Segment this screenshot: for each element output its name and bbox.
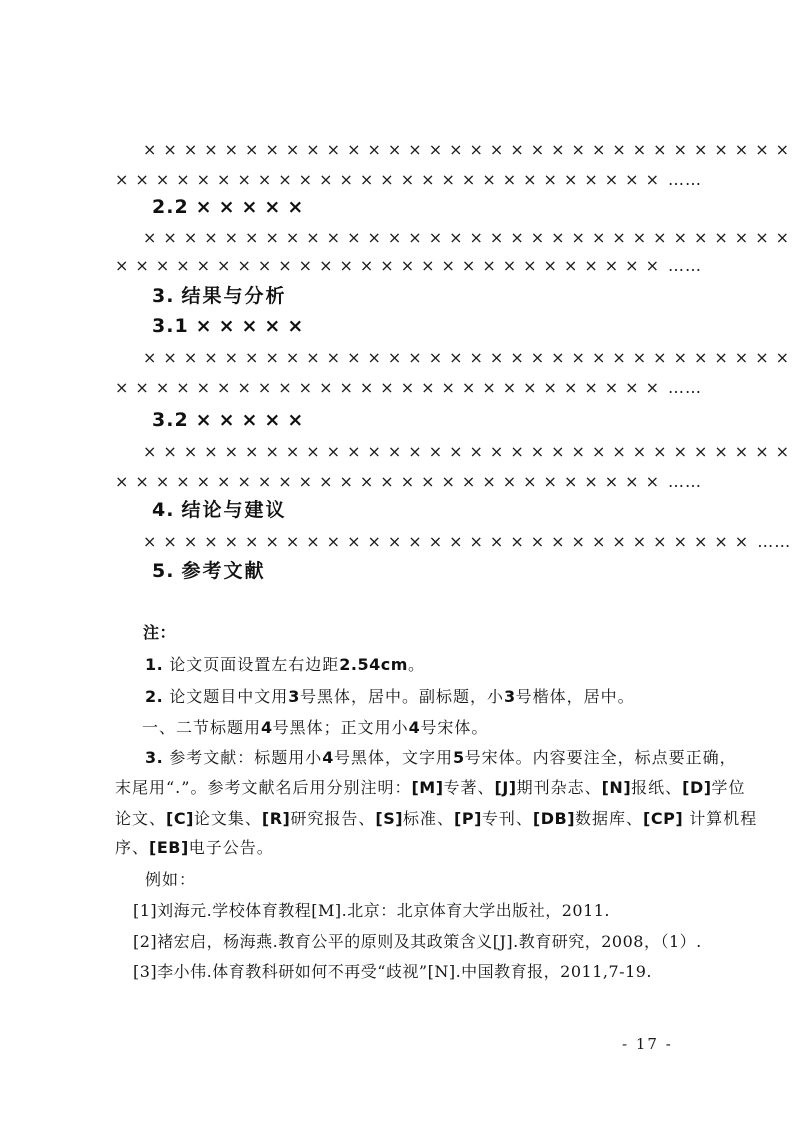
placeholder-text-line: ×××××××××××××××××××××××××××…… — [115, 169, 702, 192]
heading-title: ××××× — [196, 315, 311, 337]
page-number: - 17 - — [622, 1033, 673, 1055]
ellipsis: …… — [668, 256, 702, 275]
note-line-5: 末尾用“.”。参考文献名后用分别注明：[M]专著、[J]期刊杂志、[N]报纸、[… — [115, 777, 746, 799]
ellipsis: …… — [668, 378, 702, 397]
placeholder-text-line: ×××××××××××××××××××××××××××…… — [115, 377, 702, 400]
heading-section-3-1: 3.1××××× — [152, 315, 310, 337]
heading-title: ××××× — [196, 196, 311, 218]
heading-number: 2.2 — [152, 196, 189, 218]
placeholder-text-line: ××××××××××××××××××××××××××××××…… — [143, 531, 791, 554]
heading-section-2-2: 2.2××××× — [152, 196, 310, 218]
placeholder-x-run: ××××××××××××××××××××××××××× — [115, 256, 666, 275]
heading-title: 结论与建议 — [181, 499, 286, 521]
heading-number: 4. — [152, 499, 174, 521]
notes-label-text: 注： — [143, 623, 176, 642]
note-line-6: 论文、[C]论文集、[R]研究报告、[S]标准、[P]专刊、[DB]数据库、[C… — [115, 808, 757, 830]
note-line-2: 2. 论文题目中文用3号黑体，居中。副标题，小3号楷体，居中。 — [145, 686, 635, 708]
placeholder-text-line: ×××××××××××××××××××××××××××…… — [115, 471, 702, 494]
placeholder-x-run: ××××××××××××××××××××××××××× — [115, 170, 666, 189]
reference-item-3: [3]李小伟.体育教科研如何不再受“歧视”[N].中国教育报，2011,7-19… — [133, 961, 652, 983]
placeholder-text-line: ×××××××××××××××××××××××××××××××× — [143, 441, 796, 464]
placeholder-x-run: ×××××××××××××××××××××××××××××××× — [143, 228, 796, 247]
placeholder-x-run: ×××××××××××××××××××××××××××××××× — [143, 348, 796, 367]
placeholder-x-run: ×××××××××××××××××××××××××××××××× — [143, 442, 796, 461]
placeholder-text-line: ×××××××××××××××××××××××××××××××× — [143, 227, 796, 250]
document-page: ×××××××××××××××××××××××××××××××× ×××××××… — [0, 0, 796, 1122]
note-line-7: 序、[EB]电子公告。 — [115, 837, 274, 859]
examples-label: 例如： — [145, 869, 196, 891]
heading-title: 参考文献 — [181, 560, 265, 582]
heading-number: 3.2 — [152, 409, 189, 431]
placeholder-text-line: ×××××××××××××××××××××××××××××××× — [143, 139, 796, 162]
heading-number: 3. — [152, 285, 174, 307]
placeholder-text-line: ×××××××××××××××××××××××××××××××× — [143, 347, 796, 370]
heading-section-3: 3.结果与分析 — [152, 285, 286, 307]
ellipsis: …… — [668, 170, 702, 189]
placeholder-x-run: ××××××××××××××××××××××××××× — [115, 472, 666, 491]
placeholder-x-run: ×××××××××××××××××××××××××××××× — [143, 532, 755, 551]
placeholder-x-run: ×××××××××××××××××××××××××××××××× — [143, 140, 796, 159]
notes-label: 注： — [143, 622, 176, 644]
note-line-3: 一、二节标题用4号黑体；正文用小4号宋体。 — [142, 717, 488, 739]
placeholder-x-run: ××××××××××××××××××××××××××× — [115, 378, 666, 397]
heading-title: ××××× — [196, 409, 311, 431]
placeholder-text-line: ×××××××××××××××××××××××××××…… — [115, 255, 702, 278]
note-line-1: 1. 论文页面设置左右边距2.54cm。 — [145, 654, 425, 676]
note-line-4: 3. 参考文献：标题用小4号黑体，文字用5号宋体。内容要注全，标点要正确， — [145, 747, 737, 769]
heading-section-3-2: 3.2××××× — [152, 409, 310, 431]
heading-number: 5. — [152, 560, 174, 582]
reference-item-1: [1]刘海元.学校体育教程[M].北京：北京体育大学出版社，2011. — [133, 900, 610, 922]
ellipsis: …… — [757, 532, 791, 551]
heading-section-5: 5.参考文献 — [152, 560, 265, 582]
ellipsis: …… — [668, 472, 702, 491]
heading-title: 结果与分析 — [181, 285, 286, 307]
heading-number: 3.1 — [152, 315, 189, 337]
heading-section-4: 4.结论与建议 — [152, 499, 286, 521]
reference-item-2: [2]褚宏启，杨海燕.教育公平的原则及其政策含义[J].教育研究，2008，（1… — [133, 931, 702, 953]
